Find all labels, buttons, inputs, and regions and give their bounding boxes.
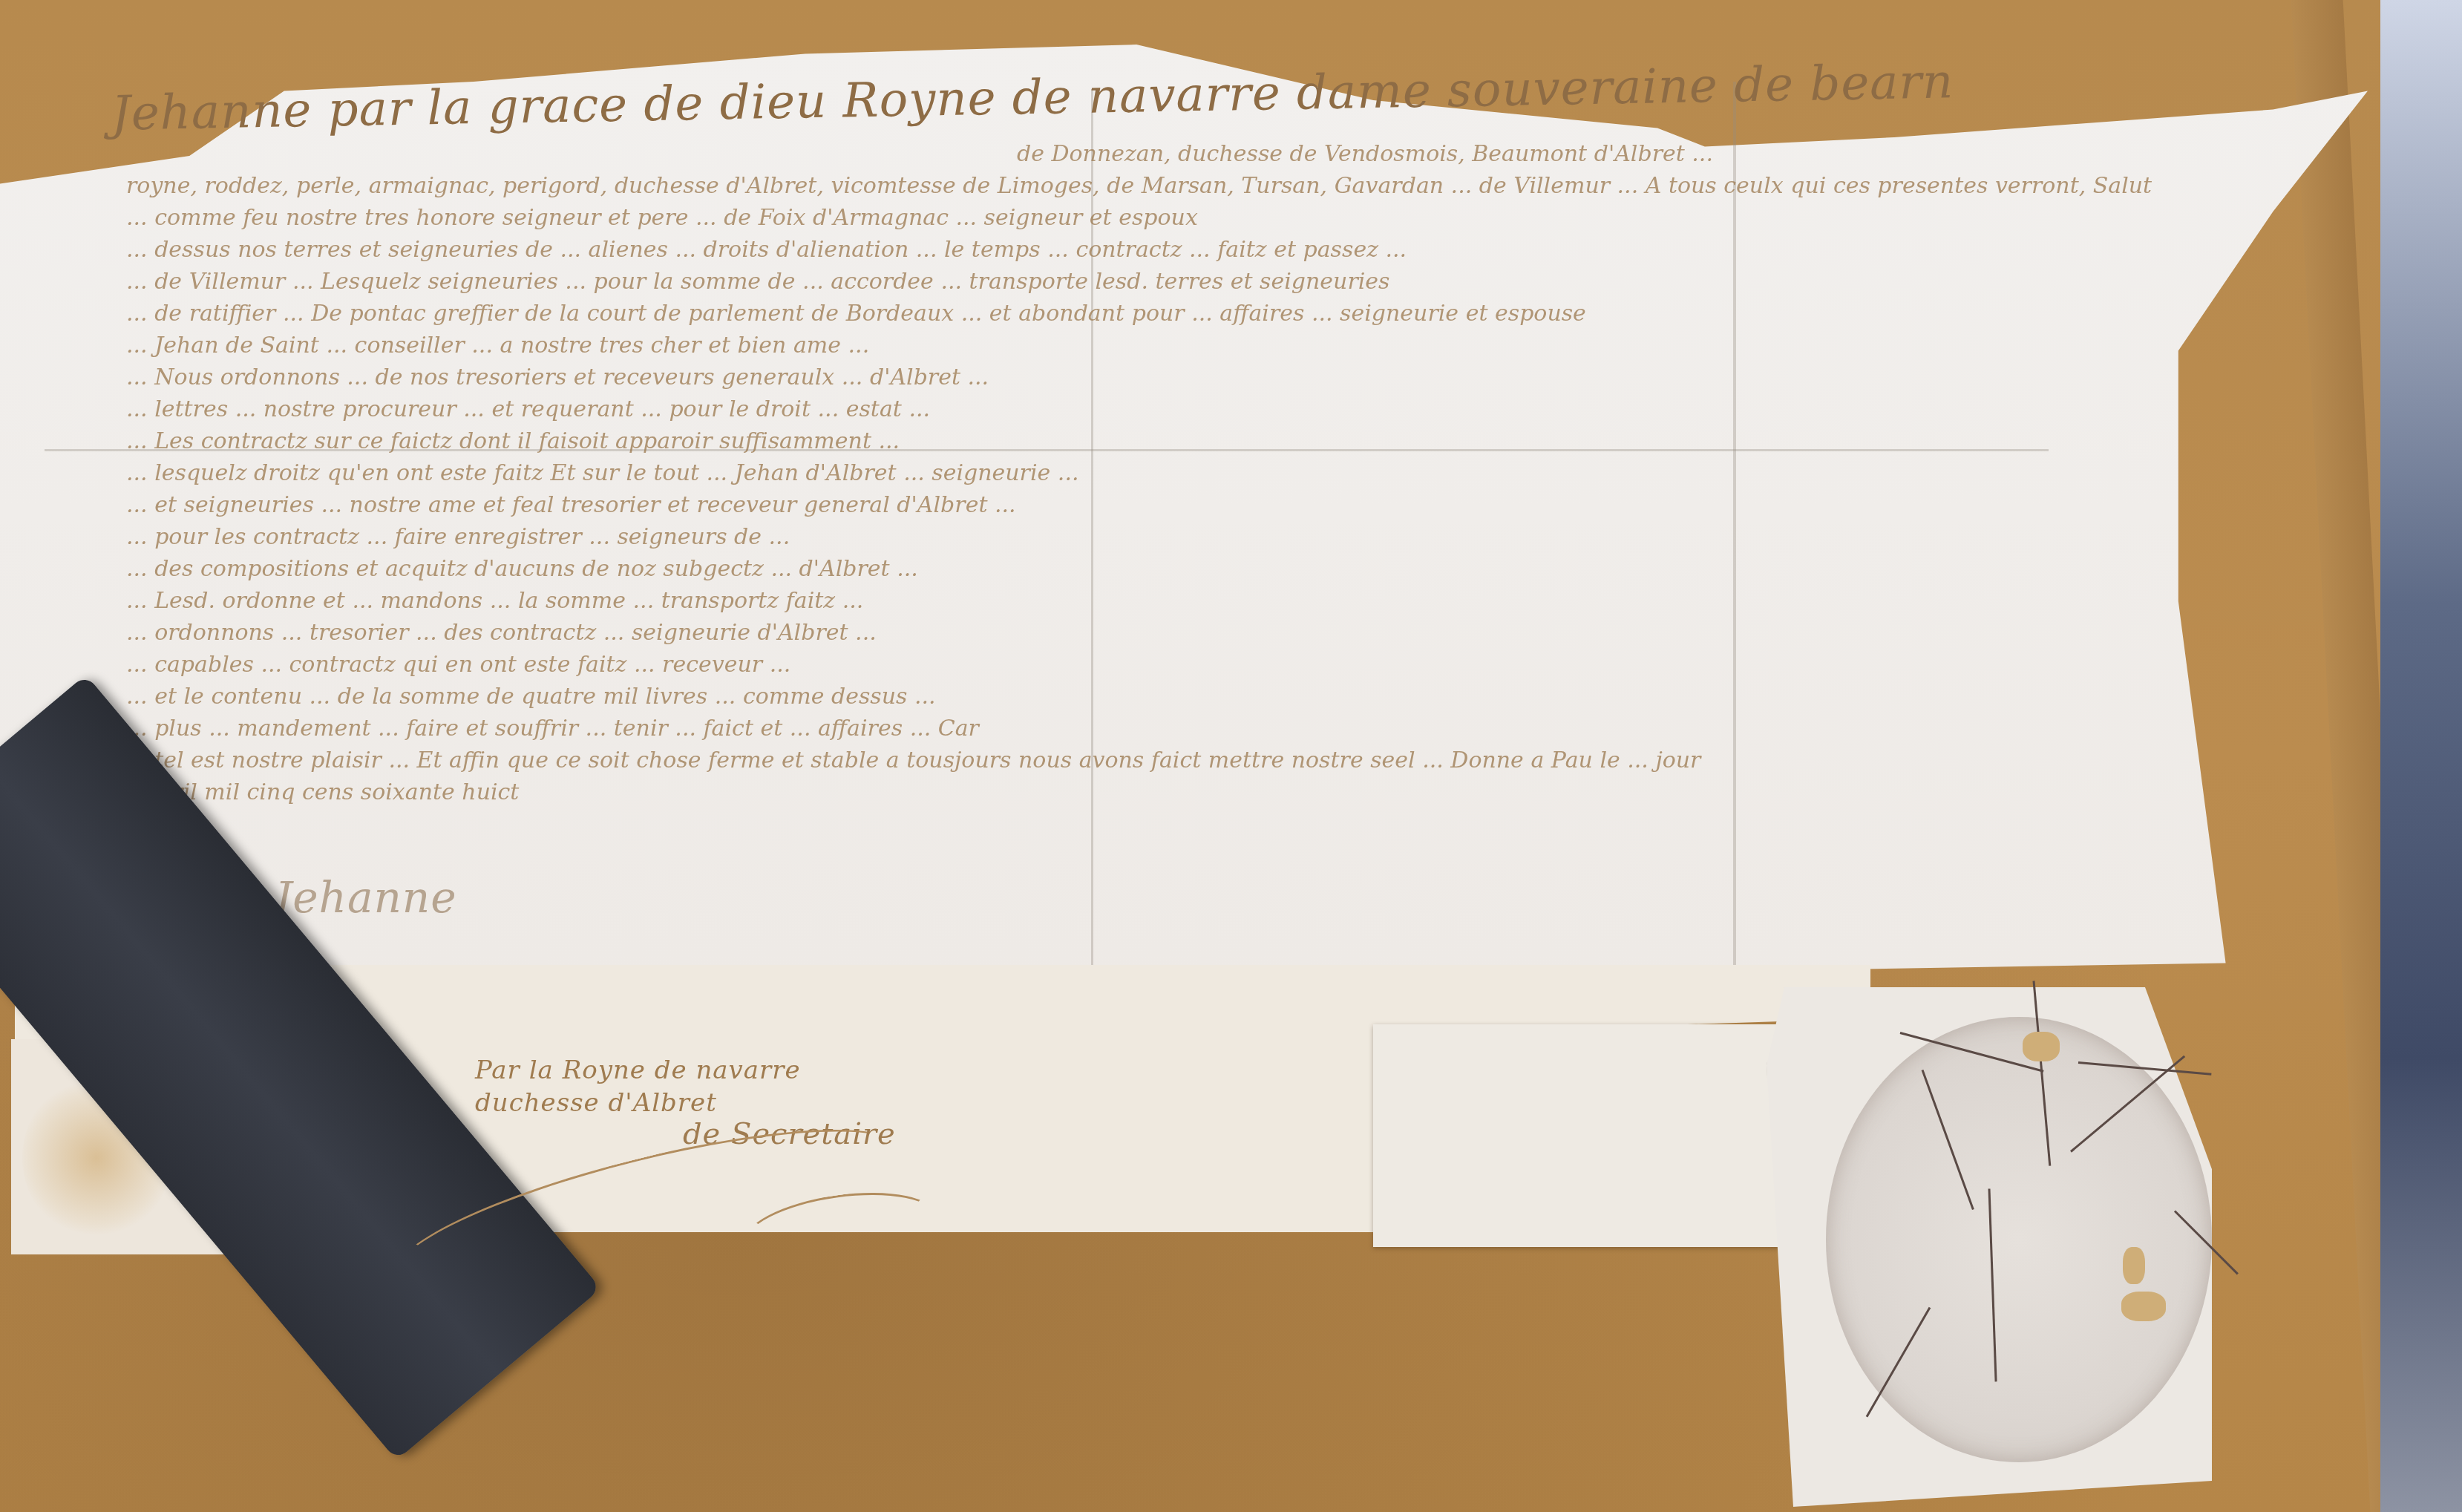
charter-body-line: ... plus ... mandement ... faire et souf… (126, 716, 2279, 747)
charter-body-line: ... des compositions et acquitz d'aucuns… (126, 556, 2279, 588)
charter-body-line: ... lettres ... nostre procureur ... et … (126, 396, 2279, 428)
seal-tag-strip (1373, 1024, 1818, 1247)
seal-chip (2023, 1032, 2060, 1061)
charter-body-line: ... et le contenu ... de la somme de qua… (126, 684, 2279, 716)
charter-body-line: ... pour les contractz ... faire enregis… (126, 524, 2279, 556)
charter-address-line: de Donnezan, duchesse de Vendosmois, Bea… (126, 141, 2279, 173)
charter-body-line: ... ordonnons ... tresorier ... des cont… (126, 620, 2279, 652)
charter-body-line: ... lesquelz droitz qu'en ont este faitz… (126, 460, 2279, 492)
wax-seal: Pendant wax seal (cracked), wrapped in p… (1826, 1017, 2212, 1462)
countersignature-line-1: Par la Royne de navarre (475, 1054, 801, 1087)
charter-body-line: ... comme feu nostre tres honore seigneu… (126, 205, 2279, 237)
charter-body-line: ... de Villemur ... Lesquelz seigneuries… (126, 269, 2279, 301)
charter-body-line: ... et seigneuries ... nostre ame et fea… (126, 492, 2279, 524)
charter-body-text: de Donnezan, duchesse de Vendosmois, Bea… (126, 141, 2279, 811)
charter-body-line: ... Jehan de Saint ... conseiller ... a … (126, 333, 2279, 364)
charter-body-line: ... Lesd. ordonne et ... mandons ... la … (126, 588, 2279, 620)
countersignature-line-2: duchesse d'Albret (475, 1087, 801, 1119)
charter-body-line: ... de ratiffier ... De pontac greffier … (126, 301, 2279, 333)
charter-body-line: royne, roddez, perle, armaignac, perigor… (126, 173, 2279, 205)
seal-chip (2121, 1292, 2166, 1321)
charter-body-line: d'avril mil cinq cens soixante huict (126, 779, 2279, 811)
charter-body-line: ... Nous ordonnons ... de nos tresoriers… (126, 364, 2279, 396)
charter-body-line: ... dessus nos terres et seigneuries de … (126, 237, 2279, 269)
charter-body-line: ... capables ... contractz qui en ont es… (126, 652, 2279, 684)
seal-chip (2123, 1247, 2145, 1284)
floor-background (2380, 0, 2462, 1512)
charter-body-line: ... Les contractz sur ce faictz dont il … (126, 428, 2279, 460)
charter-body-line: ... tel est nostre plaisir ... Et affin … (126, 747, 2279, 779)
countersignature-block: Par la Royne de navarre duchesse d'Albre… (475, 1054, 801, 1119)
royal-signature-jehanne: Jehanne (275, 872, 457, 923)
